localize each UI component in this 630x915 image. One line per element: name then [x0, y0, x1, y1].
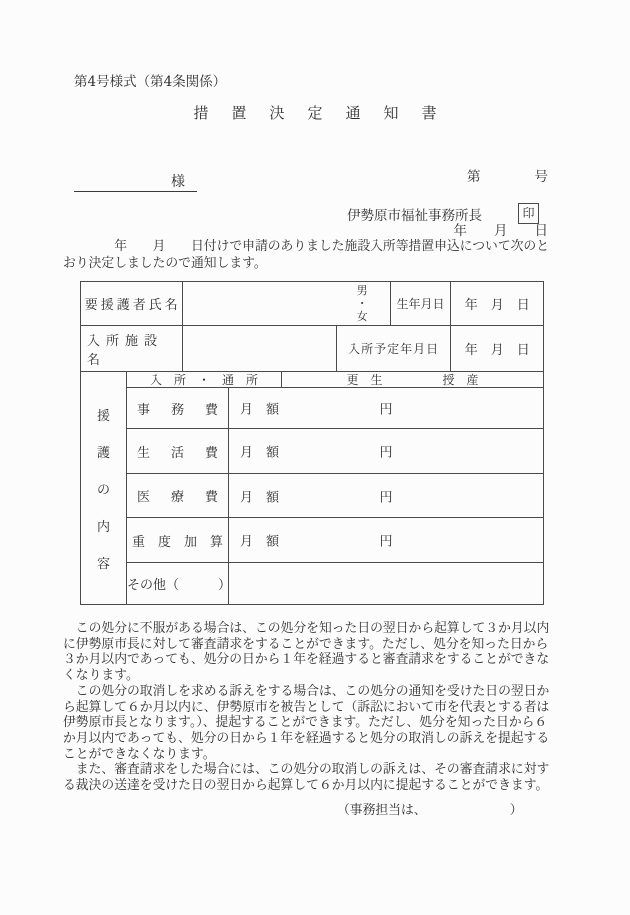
form-number: 第4号様式（第4条関係） — [74, 70, 226, 90]
care-content-vertical-label: 援 護 の 内 容 — [81, 372, 127, 604]
vertical-char: 護 — [97, 442, 110, 461]
reference-date-line: 年 月 日 — [454, 222, 549, 240]
fee-amount-field: 月 額 円 — [229, 388, 543, 428]
care-content-grid: 入 所 ・ 通 所 更 生 授 産 事 務 費 月 額 円 生 活 費 月 額 … — [127, 372, 543, 604]
fee-row-office: 事 務 費 月 額 円 — [127, 388, 543, 429]
fee-row-other: その他（ ） — [127, 563, 543, 604]
care-type-header-row: 入 所 ・ 通 所 更 生 授 産 — [127, 372, 543, 388]
decision-table: 要援護者氏名 男 ・ 女 生年月日 年 月 日 入所施設名 入所予定年月日 年 … — [80, 281, 544, 605]
document-page: 第4号様式（第4条関係） 措置決定通知書 第 号 年 月 日 様 伊勢原市福祉事… — [0, 0, 630, 915]
vertical-char: 容 — [97, 553, 110, 572]
issuer-line: 伊勢原市福祉事務所長 印 — [347, 204, 539, 224]
table-row-person: 要援護者氏名 男 ・ 女 生年月日 年 月 日 — [81, 282, 543, 326]
scheduled-date-field: 年 月 日 — [451, 326, 543, 371]
vertical-char: 援 — [97, 405, 110, 424]
fee-amount-field: 月 額 円 — [229, 518, 543, 562]
vertical-char: 内 — [97, 516, 110, 535]
care-type-admission-label: 入 所 ・ 通 所 — [127, 372, 282, 387]
yen-unit-label: 円 — [379, 531, 392, 550]
person-name-field: 男 ・ 女 — [183, 282, 391, 325]
birth-date-field: 年 月 日 — [451, 282, 543, 325]
reference-number-line: 第 号 — [454, 168, 549, 186]
fee-label: その他（ ） — [127, 563, 229, 604]
facility-name-field — [183, 326, 337, 371]
monthly-amount-label: 月 額 — [240, 531, 279, 550]
fee-row-living: 生 活 費 月 額 円 — [127, 429, 543, 474]
monthly-amount-label: 月 額 — [240, 486, 279, 505]
care-content-section: 援 護 の 内 容 入 所 ・ 通 所 更 生 授 産 事 務 費 月 額 円 — [81, 372, 543, 604]
issuer-title: 伊勢原市福祉事務所長 — [347, 204, 482, 224]
office-in-charge-note: （事務担当は、 ） — [337, 799, 523, 818]
yen-unit-label: 円 — [379, 486, 392, 505]
fee-label: 重 度 加 算 — [127, 518, 229, 562]
seal-stamp-box: 印 — [518, 203, 539, 224]
facility-name-label: 入所施設名 — [81, 326, 183, 371]
fee-amount-field: 月 額 円 — [229, 474, 543, 517]
scheduled-date-label: 入所予定年月日 — [337, 326, 452, 371]
fee-amount-field — [229, 563, 543, 604]
appeal-notice-paragraphs: この処分に不服がある場合は、この処分を知った日の翌日から起算して３か月以内 に伊… — [63, 621, 549, 794]
birth-date-label: 生年月日 — [391, 282, 452, 325]
addressee-line: 様 — [74, 171, 197, 192]
vertical-char: の — [97, 479, 110, 498]
fee-label: 事 務 費 — [127, 388, 229, 428]
yen-unit-label: 円 — [379, 399, 392, 418]
fee-label: 医 療 費 — [127, 474, 229, 517]
table-row-facility: 入所施設名 入所予定年月日 年 月 日 — [81, 326, 543, 372]
fee-row-medical: 医 療 費 月 額 円 — [127, 474, 543, 518]
intro-paragraph: 年 月 日付けで申請のありました施設入所等措置申込について次のと おり決定しまし… — [63, 239, 549, 272]
document-title: 措置決定通知書 — [0, 102, 630, 123]
fee-label: 生 活 費 — [127, 429, 229, 473]
addressee-suffix: 様 — [171, 174, 185, 190]
person-name-label: 要援護者氏名 — [81, 282, 183, 325]
fee-amount-field: 月 額 円 — [229, 429, 543, 473]
gender-options: 男 ・ 女 — [357, 284, 368, 323]
monthly-amount-label: 月 額 — [240, 442, 279, 461]
monthly-amount-label: 月 額 — [240, 399, 279, 418]
fee-row-severe-addition: 重 度 加 算 月 額 円 — [127, 518, 543, 563]
yen-unit-label: 円 — [379, 442, 392, 461]
care-type-rehab-label: 更 生 授 産 — [282, 372, 543, 387]
